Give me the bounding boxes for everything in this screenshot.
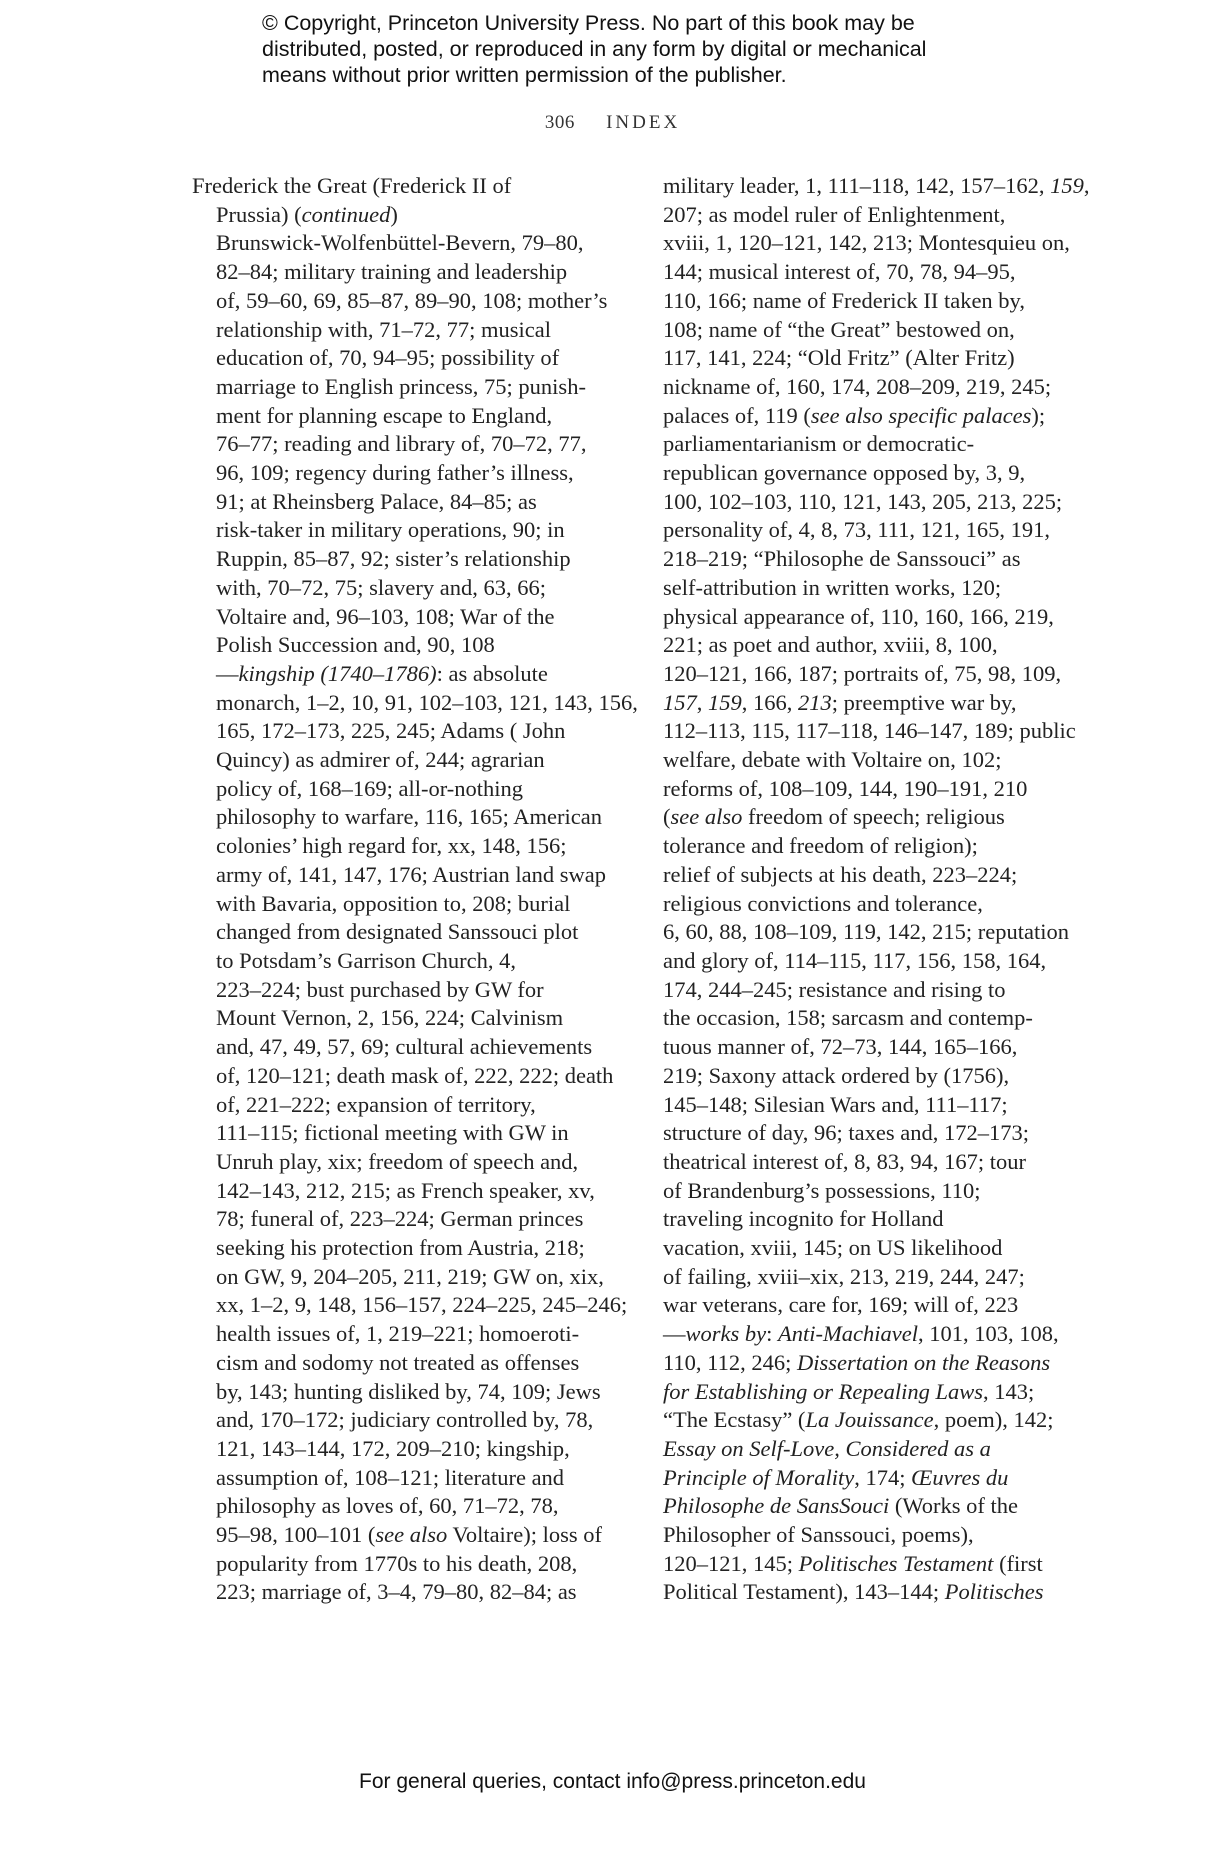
index-line: 110, 166; name of Frederick II taken by, [663,287,1073,316]
index-line: 108; name of “the Great” bestowed on, [663,316,1073,345]
text: , 101, 103, 108, [918,1321,1059,1346]
index-line: Quincy) as admirer of, 244; agrarian [192,746,612,775]
index-line: 117, 141, 224; “Old Fritz” (Alter Fritz) [663,344,1073,373]
text: war veterans, care for, 169; will of, 22… [663,1292,1018,1317]
index-line: of Brandenburg’s possessions, 110; [663,1177,1073,1206]
index-line: Ruppin, 85–87, 92; sister’s relationship [192,545,612,574]
text: monarch, 1–2, 10, 91, 102–103, 121, 143,… [216,690,638,715]
index-line: philosophy as loves of, 60, 71–72, 78, [192,1492,612,1521]
text: to Potsdam’s Garrison Church, 4, [216,948,516,973]
text: 112–113, 115, 117–118, 146–147, 189; pub… [663,718,1076,743]
index-line: and, 170–172; judiciary controlled by, 7… [192,1406,612,1435]
text: — [216,661,239,686]
text: physical appearance of, 110, 160, 166, 2… [663,604,1054,629]
italic-text: Politisches Testament [799,1551,994,1576]
index-line: by, 143; hunting disliked by, 74, 109; J… [192,1378,612,1407]
index-line: Frederick the Great (Frederick II of [192,172,612,201]
text: marriage to English princess, 75; punish… [216,374,586,399]
index-line: health issues of, 1, 219–221; homoeroti- [192,1320,612,1349]
italic-text: Essay on Self-Love, Considered as a [663,1436,991,1461]
text: , [697,690,708,715]
index-line: “The Ecstasy” (La Jouissance, poem), 142… [663,1406,1073,1435]
text: 111–115; fictional meeting with GW in [216,1120,569,1145]
text: 95–98, 100–101 ( [216,1522,375,1547]
text: health issues of, 1, 219–221; homoeroti- [216,1321,579,1346]
index-line: 110, 112, 246; Dissertation on the Reaso… [663,1349,1073,1378]
text: 6, 60, 88, 108–109, 119, 142, 215; reput… [663,919,1069,944]
index-line: traveling incognito for Holland [663,1205,1073,1234]
text: xviii, 1, 120–121, 142, 213; Montesquieu… [663,230,1070,255]
text: self-attribution in written works, 120; [663,575,1001,600]
text: 207; as model ruler of Enlightenment, [663,202,1005,227]
text: traveling incognito for Holland [663,1206,944,1231]
text: Political Testament), 143–144; [663,1579,945,1604]
index-line: 120–121, 145; Politisches Testament (fir… [663,1550,1073,1579]
text: the occasion, 158; sarcasm and contemp- [663,1005,1033,1030]
text: relationship with, 71–72, 77; musical [216,317,551,342]
index-line: 6, 60, 88, 108–109, 119, 142, 215; reput… [663,918,1073,947]
index-line: 221; as poet and author, xviii, 8, 100, [663,631,1073,660]
text: welfare, debate with Voltaire on, 102; [663,747,1001,772]
text: 91; at Rheinsberg Palace, 84–85; as [216,489,537,514]
text: assumption of, 108–121; literature and [216,1465,564,1490]
index-line: nickname of, 160, 174, 208–209, 219, 245… [663,373,1073,402]
text: freedom of speech; religious [742,804,1004,829]
text: structure of day, 96; taxes and, 172–173… [663,1120,1029,1145]
index-line: 76–77; reading and library of, 70–72, 77… [192,430,612,459]
text: nickname of, 160, 174, 208–209, 219, 245… [663,374,1051,399]
text: : as absolute [437,661,548,686]
italic-text: Principle of Morality [663,1465,854,1490]
text: , [1084,173,1090,198]
index-line: ment for planning escape to England, [192,402,612,431]
index-line: Voltaire and, 96–103, 108; War of the [192,603,612,632]
index-line: tuous manner of, 72–73, 144, 165–166, [663,1033,1073,1062]
index-line: assumption of, 108–121; literature and [192,1464,612,1493]
index-line: reforms of, 108–109, 144, 190–191, 210 [663,775,1073,804]
text: education of, 70, 94–95; possibility of [216,345,559,370]
text: 120–121, 166, 187; portraits of, 75, 98,… [663,661,1061,686]
index-line: military leader, 1, 111–118, 142, 157–16… [663,172,1073,201]
text: of Brandenburg’s possessions, 110; [663,1178,981,1203]
index-line: of failing, xviii–xix, 213, 219, 244, 24… [663,1263,1073,1292]
index-line: 144; musical interest of, 70, 78, 94–95, [663,258,1073,287]
text: religious convictions and tolerance, [663,891,983,916]
index-line: (see also freedom of speech; religious [663,803,1073,832]
index-line: relationship with, 71–72, 77; musical [192,316,612,345]
index-line: 121, 143–144, 172, 209–210; kingship, [192,1435,612,1464]
text: risk-taker in military operations, 90; i… [216,517,565,542]
text: 76–77; reading and library of, 70–72, 77… [216,431,587,456]
index-line: xx, 1–2, 9, 148, 156–157, 224–225, 245–2… [192,1291,612,1320]
italic-text: kingship (1740–1786) [239,661,437,686]
index-line: 218–219; “Philosophe de Sanssouci” as [663,545,1073,574]
italic-text: 159 [1050,173,1084,198]
text: 78; funeral of, 223–224; German princes [216,1206,583,1231]
text: seeking his protection from Austria, 218… [216,1235,585,1260]
text: tuous manner of, 72–73, 144, 165–166, [663,1034,1017,1059]
text: , 143; [983,1379,1034,1404]
text: Prussia) ( [216,202,302,227]
text: 117, 141, 224; “Old Fritz” (Alter Fritz) [663,345,1015,370]
text: of, 120–121; death mask of, 222, 222; de… [216,1063,613,1088]
text: philosophy to warfare, 116, 165; America… [216,804,602,829]
index-line: of, 120–121; death mask of, 222, 222; de… [192,1062,612,1091]
text: Mount Vernon, 2, 156, 224; Calvinism [216,1005,563,1030]
index-line: self-attribution in written works, 120; [663,574,1073,603]
index-column-right: military leader, 1, 111–118, 142, 157–16… [663,172,1073,1607]
text: 219; Saxony attack ordered by (1756), [663,1063,1009,1088]
text: 121, 143–144, 172, 209–210; kingship, [216,1436,570,1461]
text: policy of, 168–169; all-or-nothing [216,776,523,801]
index-line: for Establishing or Repealing Laws, 143; [663,1378,1073,1407]
text: 108; name of “the Great” bestowed on, [663,317,1015,342]
text: theatrical interest of, 8, 83, 94, 167; … [663,1149,1026,1174]
italic-text: see also [671,804,743,829]
text: 218–219; “Philosophe de Sanssouci” as [663,546,1020,571]
text: 82–84; military training and leadership [216,259,567,284]
index-line: theatrical interest of, 8, 83, 94, 167; … [663,1148,1073,1177]
index-line: 142–143, 212, 215; as French speaker, xv… [192,1177,612,1206]
index-line: Unruh play, xix; freedom of speech and, [192,1148,612,1177]
italic-text: Anti-Machiavel [778,1321,918,1346]
index-line: 112–113, 115, 117–118, 146–147, 189; pub… [663,717,1073,746]
index-line: palaces of, 119 (see also specific palac… [663,402,1073,431]
index-line: Brunswick-Wolfenbüttel-Bevern, 79–80, [192,229,612,258]
index-line: 219; Saxony attack ordered by (1756), [663,1062,1073,1091]
index-line: of, 59–60, 69, 85–87, 89–90, 108; mother… [192,287,612,316]
text: changed from designated Sanssouci plot [216,919,578,944]
index-line: xviii, 1, 120–121, 142, 213; Montesquieu… [663,229,1073,258]
index-line: relief of subjects at his death, 223–224… [663,861,1073,890]
text: Frederick the Great (Frederick II of [192,173,511,198]
index-line: 165, 172–173, 225, 245; Adams ( John [192,717,612,746]
text: reforms of, 108–109, 144, 190–191, 210 [663,776,1027,801]
text: Ruppin, 85–87, 92; sister’s relationship [216,546,571,571]
text: Unruh play, xix; freedom of speech and, [216,1149,578,1174]
index-line: war veterans, care for, 169; will of, 22… [663,1291,1073,1320]
text: cism and sodomy not treated as offenses [216,1350,579,1375]
index-line: and glory of, 114–115, 117, 156, 158, 16… [663,947,1073,976]
text: tolerance and freedom of religion); [663,833,978,858]
index-line: Mount Vernon, 2, 156, 224; Calvinism [192,1004,612,1033]
index-line: tolerance and freedom of religion); [663,832,1073,861]
index-line: 91; at Rheinsberg Palace, 84–85; as [192,488,612,517]
text: relief of subjects at his death, 223–224… [663,862,1017,887]
text: by, 143; hunting disliked by, 74, 109; J… [216,1379,601,1404]
text: colonies’ high regard for, xx, 148, 156; [216,833,566,858]
index-line: 223; marriage of, 3–4, 79–80, 82–84; as [192,1578,612,1607]
index-line: philosophy to warfare, 116, 165; America… [192,803,612,832]
text: of failing, xviii–xix, 213, 219, 244, 24… [663,1264,1025,1289]
italic-text: Dissertation on the Reasons [797,1350,1050,1375]
index-line: 223–224; bust purchased by GW for [192,976,612,1005]
text: ) [390,202,398,227]
index-line: colonies’ high regard for, xx, 148, 156; [192,832,612,861]
text: : [766,1321,778,1346]
text: Voltaire and, 96–103, 108; War of the [216,604,555,629]
running-head: 306 INDEX [0,112,1225,134]
index-line: vacation, xviii, 145; on US likelihood [663,1234,1073,1263]
index-line: Essay on Self-Love, Considered as a [663,1435,1073,1464]
text: Polish Succession and, 90, 108 [216,632,495,657]
italic-text: 157 [663,690,697,715]
text: army of, 141, 147, 176; Austrian land sw… [216,862,606,887]
text: 223; marriage of, 3–4, 79–80, 82–84; as [216,1579,577,1604]
italic-text: see also [375,1522,447,1547]
index-line: religious convictions and tolerance, [663,890,1073,919]
text: 110, 166; name of Frederick II taken by, [663,288,1025,313]
italic-text: 159 [708,690,742,715]
text: “The Ecstasy” ( [663,1407,805,1432]
index-line: structure of day, 96; taxes and, 172–173… [663,1119,1073,1148]
text: military leader, 1, 111–118, 142, 157–16… [663,173,1050,198]
index-line: 157, 159, 166, 213; preemptive war by, [663,689,1073,718]
index-line: 96, 109; regency during father’s illness… [192,459,612,488]
text: and, 170–172; judiciary controlled by, 7… [216,1407,593,1432]
text: of, 221–222; expansion of territory, [216,1092,536,1117]
text: Voltaire); loss of [447,1522,602,1547]
index-line: on GW, 9, 204–205, 211, 219; GW on, xix, [192,1263,612,1292]
text: 142–143, 212, 215; as French speaker, xv… [216,1178,595,1203]
index-line: policy of, 168–169; all-or-nothing [192,775,612,804]
italic-text: Philosophe de SansSouci [663,1493,889,1518]
index-line: army of, 141, 147, 176; Austrian land sw… [192,861,612,890]
italic-text: Politisches [945,1579,1044,1604]
index-line: risk-taker in military operations, 90; i… [192,516,612,545]
text: (first [993,1551,1042,1576]
copyright-notice: © Copyright, Princeton University Press.… [262,10,1022,88]
text: Quincy) as admirer of, 244; agrarian [216,747,545,772]
text: with, 70–72, 75; slavery and, 63, 66; [216,575,546,600]
italic-text: see also specific palaces [811,403,1032,428]
index-line: of, 221–222; expansion of territory, [192,1091,612,1120]
text: Brunswick-Wolfenbüttel-Bevern, 79–80, [216,230,583,255]
index-line: Political Testament), 143–144; Politisch… [663,1578,1073,1607]
index-line: with Bavaria, opposition to, 208; burial [192,890,612,919]
index-line: Philosopher of Sanssouci, poems), [663,1521,1073,1550]
index-line: Philosophe de SansSouci (Works of the [663,1492,1073,1521]
index-line: welfare, debate with Voltaire on, 102; [663,746,1073,775]
index-column-left: Frederick the Great (Frederick II ofPrus… [192,172,612,1607]
index-line: parliamentarianism or democratic- [663,430,1073,459]
index-line: Polish Succession and, 90, 108 [192,631,612,660]
text: philosophy as loves of, 60, 71–72, 78, [216,1493,559,1518]
index-line: the occasion, 158; sarcasm and contemp- [663,1004,1073,1033]
footer-contact: For general queries, contact info@press.… [0,1770,1225,1794]
index-line: education of, 70, 94–95; possibility of [192,344,612,373]
index-line: popularity from 1770s to his death, 208, [192,1550,612,1579]
text: 144; musical interest of, 70, 78, 94–95, [663,259,1015,284]
index-line: Principle of Morality, 174; Œuvres du [663,1464,1073,1493]
text: on GW, 9, 204–205, 211, 219; GW on, xix, [216,1264,604,1289]
index-line: —kingship (1740–1786): as absolute [192,660,612,689]
index-line: to Potsdam’s Garrison Church, 4, [192,947,612,976]
index-line: —works by: Anti-Machiavel, 101, 103, 108… [663,1320,1073,1349]
italic-text: Œuvres du [911,1465,1008,1490]
text: 110, 112, 246; [663,1350,797,1375]
text: 174, 244–245; resistance and rising to [663,977,1005,1002]
copyright-line: distributed, posted, or reproduced in an… [262,36,1022,62]
index-line: seeking his protection from Austria, 218… [192,1234,612,1263]
index-line: 100, 102–103, 110, 121, 143, 205, 213, 2… [663,488,1073,517]
index-line: 78; funeral of, 223–224; German princes [192,1205,612,1234]
text: 120–121, 145; [663,1551,799,1576]
text: vacation, xviii, 145; on US likelihood [663,1235,1002,1260]
text: (Works of the [889,1493,1018,1518]
text: 96, 109; regency during father’s illness… [216,460,574,485]
text: ment for planning escape to England, [216,403,552,428]
index-line: 95–98, 100–101 (see also Voltaire); loss… [192,1521,612,1550]
index-line: changed from designated Sanssouci plot [192,918,612,947]
section-title: INDEX [606,112,680,133]
index-line: 207; as model ruler of Enlightenment, [663,201,1073,230]
index-line: 82–84; military training and leadership [192,258,612,287]
text: and glory of, 114–115, 117, 156, 158, 16… [663,948,1046,973]
index-line: Prussia) (continued) [192,201,612,230]
copyright-line: © Copyright, Princeton University Press.… [262,10,1022,36]
index-line: marriage to English princess, 75; punish… [192,373,612,402]
text: 221; as poet and author, xviii, 8, 100, [663,632,998,657]
index-line: with, 70–72, 75; slavery and, 63, 66; [192,574,612,603]
text: 223–224; bust purchased by GW for [216,977,544,1002]
text: , poem), 142; [934,1407,1054,1432]
text: republican governance opposed by, 3, 9, [663,460,1025,485]
text: 165, 172–173, 225, 245; Adams ( John [216,718,565,743]
italic-text: continued [302,202,391,227]
index-line: personality of, 4, 8, 73, 111, 121, 165,… [663,516,1073,545]
copyright-line: means without prior written permission o… [262,62,1022,88]
text: popularity from 1770s to his death, 208, [216,1551,577,1576]
text: Philosopher of Sanssouci, poems), [663,1522,974,1547]
text: 100, 102–103, 110, 121, 143, 205, 213, 2… [663,489,1062,514]
index-line: republican governance opposed by, 3, 9, [663,459,1073,488]
text: of, 59–60, 69, 85–87, 89–90, 108; mother… [216,288,607,313]
page-number: 306 [545,112,575,133]
index-line: 174, 244–245; resistance and rising to [663,976,1073,1005]
index-line: 111–115; fictional meeting with GW in [192,1119,612,1148]
text: ( [663,804,671,829]
index-line: 120–121, 166, 187; portraits of, 75, 98,… [663,660,1073,689]
italic-text: La Jouissance [805,1407,933,1432]
text: xx, 1–2, 9, 148, 156–157, 224–225, 245–2… [216,1292,627,1317]
italic-text: works by [686,1321,767,1346]
text: , 174; [854,1465,911,1490]
italic-text: for Establishing or Repealing Laws [663,1379,983,1404]
text: and, 47, 49, 57, 69; cultural achievemen… [216,1034,592,1059]
text: 145–148; Silesian Wars and, 111–117; [663,1092,1008,1117]
text: ; preemptive war by, [832,690,1017,715]
italic-text: 213 [798,690,832,715]
text: parliamentarianism or democratic- [663,431,974,456]
text: with Bavaria, opposition to, 208; burial [216,891,570,916]
index-line: monarch, 1–2, 10, 91, 102–103, 121, 143,… [192,689,612,718]
text: ); [1031,403,1045,428]
text: palaces of, 119 ( [663,403,811,428]
text: , 166, [742,690,798,715]
index-line: cism and sodomy not treated as offenses [192,1349,612,1378]
index-line: 145–148; Silesian Wars and, 111–117; [663,1091,1073,1120]
index-line: physical appearance of, 110, 160, 166, 2… [663,603,1073,632]
text: — [663,1321,686,1346]
text: personality of, 4, 8, 73, 111, 121, 165,… [663,517,1050,542]
index-line: and, 47, 49, 57, 69; cultural achievemen… [192,1033,612,1062]
